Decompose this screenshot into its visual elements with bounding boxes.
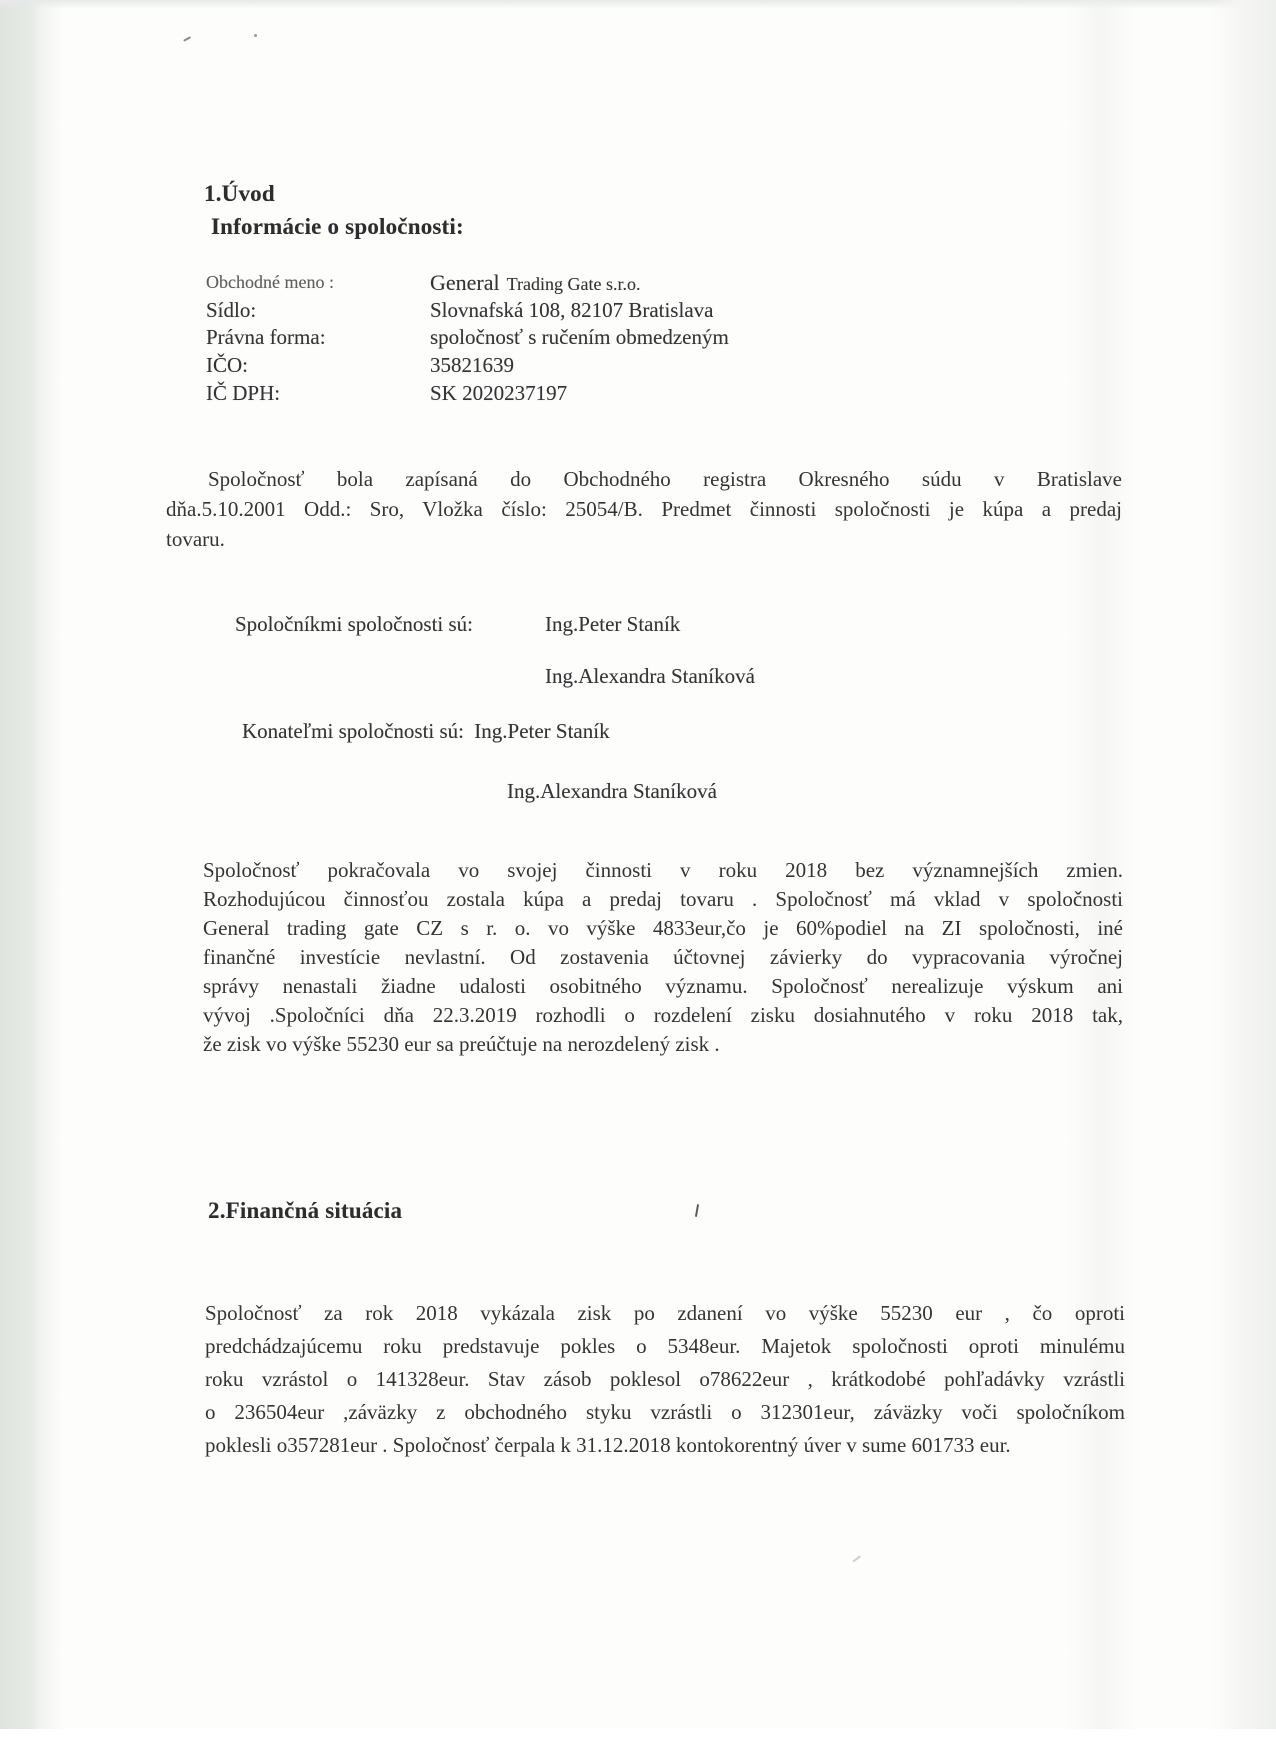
scan-left-edge-artifact <box>0 0 62 1730</box>
section2-title: 2.Finančná situácia <box>208 1198 402 1224</box>
paragraph-line: Spoločnosť pokračovala vo svojej činnost… <box>203 856 1123 885</box>
scan-speck <box>183 36 191 41</box>
vat-id-label: IČ DPH: <box>206 380 430 408</box>
company-name-label: Obchodné meno : <box>206 269 430 297</box>
company-info-table: Obchodné meno : GeneralTrading Gate s.r.… <box>206 269 906 407</box>
paragraph-line: správy nenastali žiadne udalosti osobitn… <box>203 972 1123 1001</box>
scan-bottom-edge <box>0 1729 1276 1755</box>
scan-right-edge-artifact <box>1212 0 1276 1755</box>
partners-row: Spoločníkmi spoločnosti sú: Ing.Peter St… <box>235 612 1035 637</box>
executives-row: Konateľmi spoločnosti sú: Ing.Peter Stan… <box>242 719 610 744</box>
legal-form-label: Právna forma: <box>206 324 430 352</box>
paragraph-line: roku vzrástol o 141328eur. Stav zásob po… <box>205 1363 1125 1396</box>
legal-form-value: spoločnosť s ručením obmedzeným <box>430 324 729 352</box>
scan-speck <box>254 34 257 37</box>
executive-name-2: Ing.Alexandra Staníková <box>507 779 717 804</box>
activity-paragraph: Spoločnosť pokračovala vo svojej činnost… <box>203 856 1123 1059</box>
ico-value: 35821639 <box>430 352 514 380</box>
table-row: Obchodné meno : GeneralTrading Gate s.r.… <box>206 269 906 297</box>
vat-id-value: SK 2020237197 <box>430 380 567 408</box>
partners-label: Spoločníkmi spoločnosti sú: <box>235 612 473 636</box>
partner-name-2: Ing.Alexandra Staníková <box>545 664 755 689</box>
financial-paragraph: Spoločnosť za rok 2018 vykázala zisk po … <box>205 1297 1125 1462</box>
registration-paragraph: Spoločnosť bola zapísaná do Obchodného r… <box>166 464 1122 554</box>
paragraph-line: General trading gate CZ s r. o. vo výške… <box>203 914 1123 943</box>
paragraph-line: predchádzajúcemu roku predstavuje pokles… <box>205 1330 1125 1363</box>
partner-name-1: Ing.Peter Staník <box>545 612 680 637</box>
address-label: Sídlo: <box>206 297 430 325</box>
executive-name-1: Ing.Peter Staník <box>474 719 609 743</box>
stray-mark <box>695 1204 699 1217</box>
paragraph-line: tovaru. <box>166 524 1122 554</box>
table-row: IČO: 35821639 <box>206 352 906 380</box>
company-name-value: GeneralTrading Gate s.r.o. <box>430 269 640 297</box>
executives-label: Konateľmi spoločnosti sú: <box>242 719 464 743</box>
address-value: Slovnafská 108, 82107 Bratislava <box>430 297 713 325</box>
section1-subtitle: Informácie o spoločnosti: <box>211 214 464 240</box>
ico-label: IČO: <box>206 352 430 380</box>
table-row: Právna forma: spoločnosť s ručením obmed… <box>206 324 906 352</box>
section1-title: 1.Úvod <box>204 181 275 207</box>
paragraph-line: finančné investície nevlastní. Od zostav… <box>203 943 1123 972</box>
paragraph-line: Rozhodujúcou činnosťou zostala kúpa a pr… <box>203 885 1123 914</box>
paragraph-line: že zisk vo výške 55230 eur sa preúčtuje … <box>203 1030 1123 1059</box>
table-row: Sídlo: Slovnafská 108, 82107 Bratislava <box>206 297 906 325</box>
paragraph-line: Spoločnosť bola zapísaná do Obchodného r… <box>166 464 1122 494</box>
table-row: IČ DPH: SK 2020237197 <box>206 380 906 408</box>
paragraph-line: Spoločnosť za rok 2018 vykázala zisk po … <box>205 1297 1125 1330</box>
scan-speck <box>852 1555 860 1562</box>
paragraph-line: dňa.5.10.2001 Odd.: Sro, Vložka číslo: 2… <box>166 494 1122 524</box>
paragraph-line: vývoj .Spoločníci dňa 22.3.2019 rozhodli… <box>203 1001 1123 1030</box>
paragraph-line: o 236504eur ,záväzky z obchodného styku … <box>205 1396 1125 1429</box>
document-page: 1.Úvod Informácie o spoločnosti: Obchodn… <box>0 0 1276 1755</box>
paragraph-line: poklesli o357281eur . Spoločnosť čerpala… <box>205 1429 1125 1462</box>
